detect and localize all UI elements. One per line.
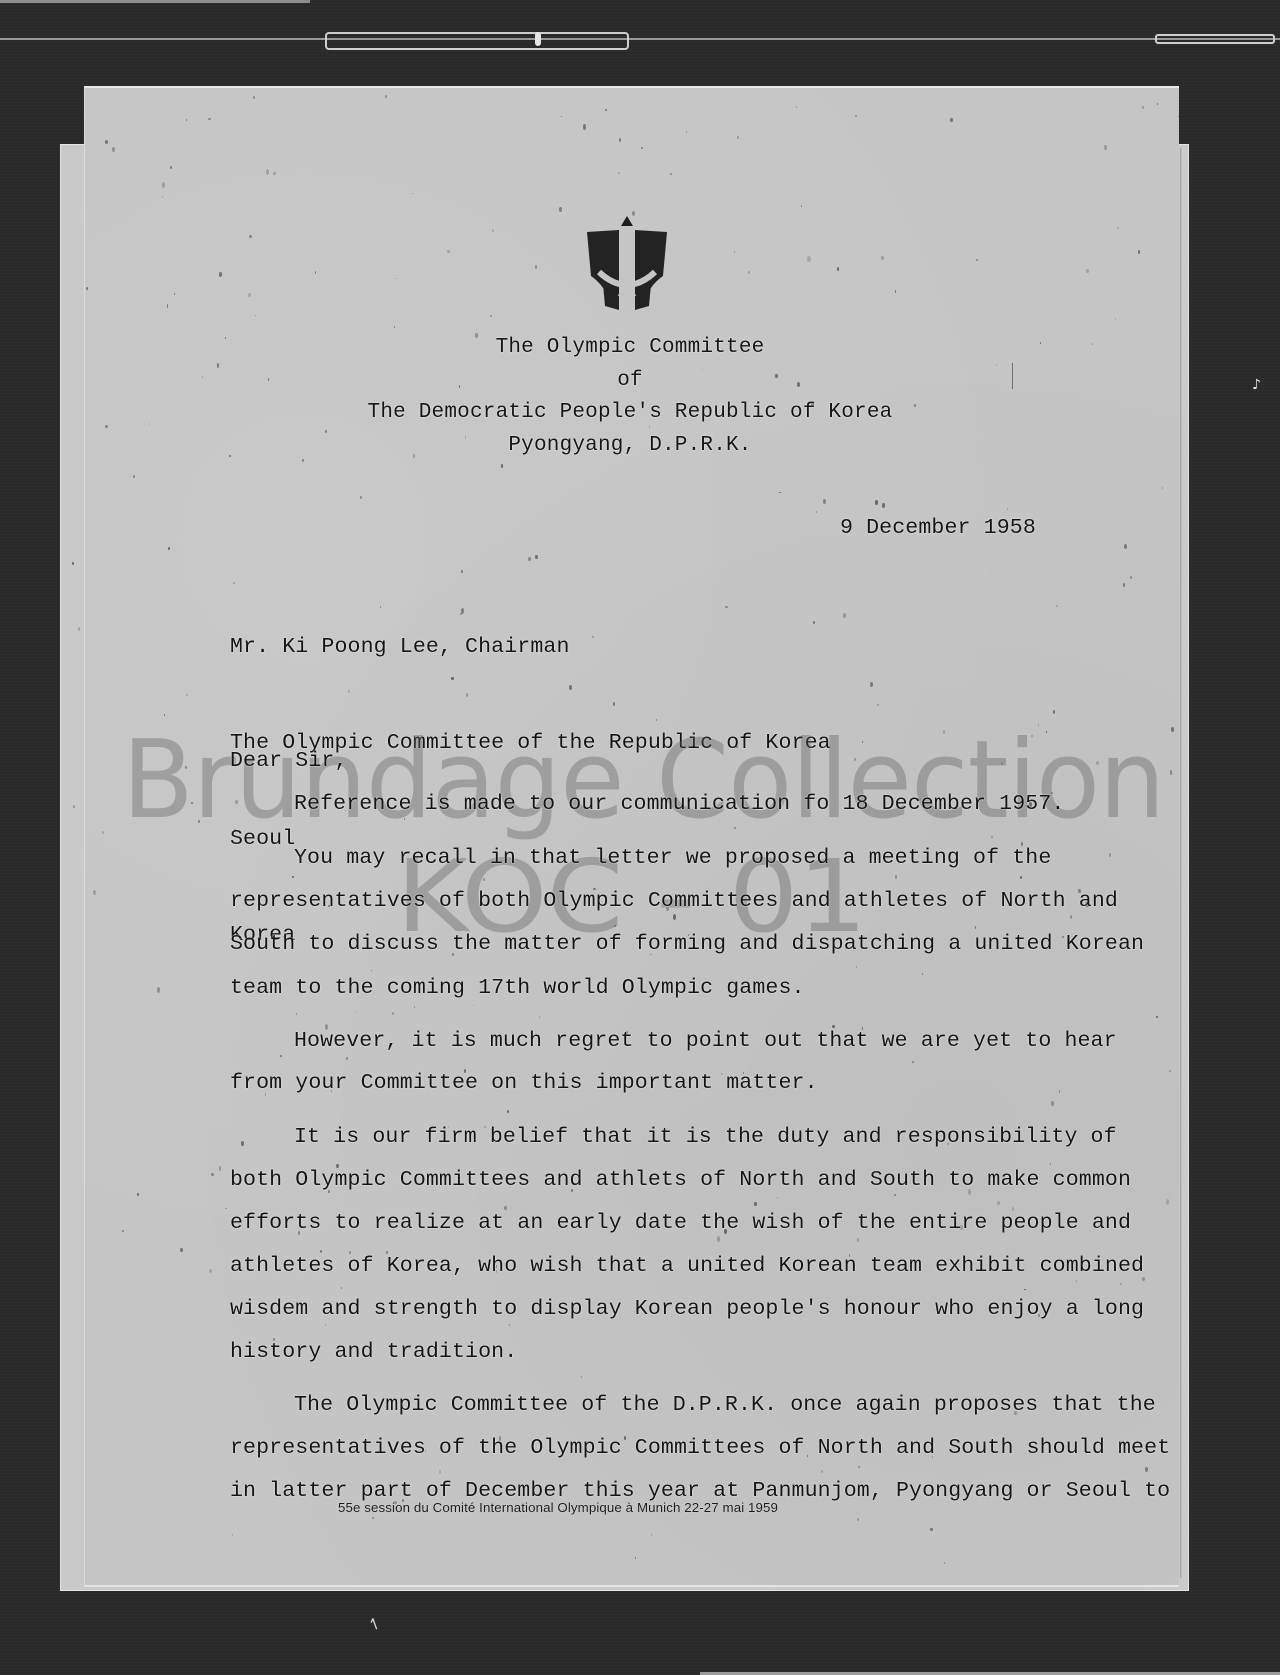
paper-speck [241, 1141, 244, 1145]
body-line: representatives of both Olympic Committe… [230, 889, 1118, 913]
olympic-committee-emblem-icon [581, 214, 673, 314]
paper-speck [253, 96, 255, 99]
paper-speck [86, 287, 88, 290]
microfilm-caption: 55e session du Comité International Olym… [338, 1500, 778, 1515]
paper-speck [248, 293, 251, 298]
paper-speck [1124, 544, 1127, 549]
paper-speck [1056, 605, 1058, 607]
paper-speck [392, 1012, 394, 1015]
body-line: wisdem and strength to display Korean pe… [230, 1297, 1144, 1321]
letterhead-org-name: The Olympic Committee [240, 332, 1020, 365]
paper-speck [717, 1236, 720, 1242]
paper-speck [862, 741, 864, 743]
paper-speck [209, 1269, 212, 1273]
paper-speck [1171, 727, 1174, 732]
paper-speck [1166, 1199, 1169, 1204]
paper-speck [315, 271, 317, 274]
paper-speck [501, 464, 503, 467]
body-line: However, it is much regret to point out … [294, 1029, 1117, 1053]
paper-speck [875, 500, 878, 505]
paper-speck [219, 1166, 221, 1171]
paper-speck [1007, 508, 1008, 509]
paper-speck [843, 613, 846, 618]
paper-speck [1117, 227, 1119, 229]
paper-speck [777, 1197, 778, 1199]
body-line: team to the coming 17th world Olympic ga… [230, 976, 805, 1000]
paper-speck [895, 875, 897, 878]
paper-speck [1120, 1283, 1122, 1285]
paper-speck [1086, 269, 1089, 273]
paper-speck [807, 256, 810, 262]
paper-speck [821, 1470, 822, 1472]
paper-speck [881, 256, 884, 261]
paper-speck [894, 1194, 895, 1196]
paper-speck [447, 250, 450, 253]
recipient-address: Mr. Ki Poong Lee, Chairman The Olympic C… [230, 567, 831, 983]
paper-speck [112, 147, 115, 152]
letterhead-of: of [240, 365, 1020, 398]
paper-speck [266, 169, 269, 175]
paper-speck [975, 926, 977, 929]
body-line: The Olympic Committee of the D.P.R.K. on… [294, 1393, 1156, 1417]
body-line: both Olympic Committees and athlets of N… [230, 1168, 1131, 1192]
paper-speck [346, 1057, 347, 1060]
paper-speck [912, 1061, 913, 1063]
paper-speck [922, 973, 923, 975]
body-line: athletes of Korea, who wish that a unite… [230, 1254, 1144, 1278]
paper-speck [320, 1250, 323, 1253]
body-line: It is our firm belief that it is the dut… [294, 1125, 1117, 1149]
paper-speck [280, 1055, 282, 1057]
paper-speck [1031, 735, 1033, 737]
recipient-name: Mr. Ki Poong Lee, Chairman [230, 631, 831, 663]
body-line: You may recall in that letter we propose… [294, 846, 1051, 870]
paper-speck [105, 140, 108, 144]
paper-speck [185, 766, 188, 769]
paper-speck [168, 547, 170, 550]
paper-speck [930, 1528, 932, 1531]
paper-speck [164, 714, 165, 716]
paper-speck [414, 1006, 415, 1008]
scan-artifact-icon: ↿ [366, 1616, 382, 1638]
body-line: Reference is made to our communication f… [294, 792, 1064, 816]
paper-speck [857, 1238, 860, 1242]
paper-speck [535, 555, 537, 559]
paper-speck [670, 173, 672, 175]
paper-speck [102, 831, 104, 834]
paper-speck [1145, 1467, 1148, 1472]
body-line: representatives of the Olympic Committee… [230, 1436, 1170, 1460]
paper-speck [1001, 762, 1003, 764]
paper-speck [1024, 1289, 1025, 1290]
paper-speck [490, 315, 492, 317]
body-line: South to discuss the matter of forming a… [230, 932, 1144, 956]
paper-speck [78, 627, 80, 630]
body-line: history and tradition. [230, 1340, 517, 1364]
paper-speck [341, 1287, 342, 1289]
paper-speck [1157, 103, 1158, 105]
paper-speck [1020, 876, 1022, 879]
paper-speck [748, 271, 750, 273]
paper-speck [439, 1470, 441, 1474]
paper-speck [1046, 731, 1047, 732]
paper-speck [225, 337, 226, 339]
paper-speck [372, 1517, 374, 1519]
letterhead: The Olympic Committee of The Democratic … [240, 332, 1020, 462]
paper-speck [997, 1201, 1000, 1205]
paper-speck [273, 172, 276, 175]
paper-speck [170, 166, 172, 169]
paper-speck [492, 229, 494, 232]
letter-date: 9 December 1958 [840, 516, 1036, 540]
paper-speck [1076, 1280, 1077, 1282]
letter-body: Dear Sir, Reference is made to our commu… [230, 0, 1180, 48]
paper-speck [1162, 487, 1163, 489]
letterhead-country: The Democratic People's Republic of Kore… [240, 397, 1020, 430]
paper-speck [855, 115, 857, 117]
paper-speck [877, 704, 878, 706]
paper-speck [219, 272, 222, 277]
paper-speck [583, 124, 586, 130]
paper-speck [1050, 1163, 1051, 1165]
paper-speck [157, 987, 160, 993]
paper-speck [208, 118, 211, 121]
salutation: Dear Sir, [230, 749, 348, 773]
paper-speck [249, 235, 251, 238]
body-line: efforts to realize at an early date the … [230, 1211, 1131, 1235]
paper-speck [1123, 583, 1126, 587]
scan-artifact-icon: ♪ [1252, 378, 1260, 392]
paper-speck [991, 836, 992, 838]
paper-speck [559, 207, 562, 212]
body-line: from your Committee on this important ma… [230, 1071, 818, 1095]
paper-speck [605, 109, 606, 112]
paper-speck [882, 503, 885, 508]
paper-speck [73, 805, 75, 808]
paper-speck [1109, 853, 1111, 857]
paper-speck [1051, 1101, 1054, 1106]
letterhead-city: Pyongyang, D.P.R.K. [240, 430, 1020, 463]
